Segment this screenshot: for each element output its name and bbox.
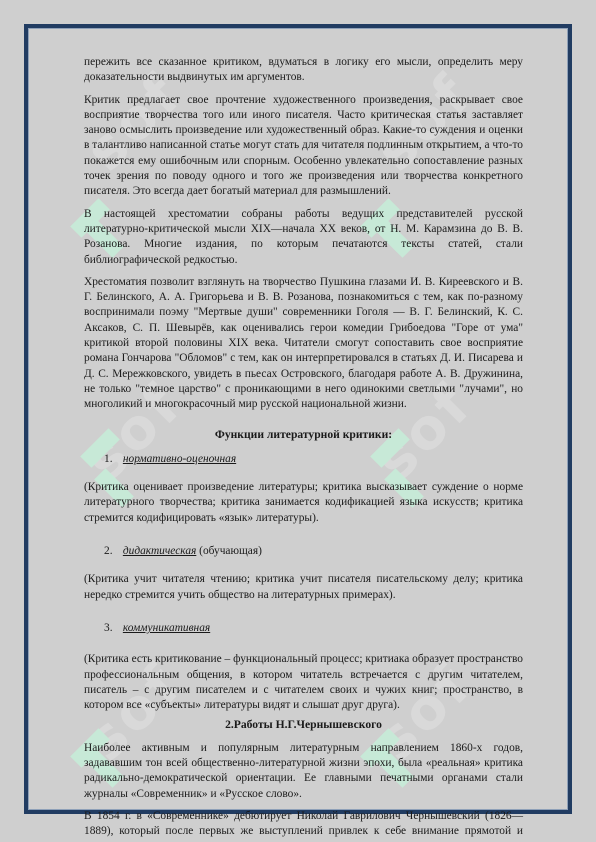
paragraph: Хрестоматия позволит взглянуть на творче…	[84, 275, 523, 413]
paragraph: В настоящей хрестоматии собраны работы в…	[84, 207, 523, 268]
list-number: 2.	[104, 544, 120, 559]
functions-heading: Функции литературной критики:	[84, 427, 523, 442]
list-term: нормативно-оценочная	[123, 453, 236, 465]
list-item: 3. коммуникативная	[104, 621, 523, 636]
list-item: 1. нормативно-оценочная	[104, 452, 523, 467]
list-term: дидактическая	[123, 545, 196, 557]
list-term-suffix: (обучающая)	[196, 545, 262, 557]
paragraph: (Критика оценивает произведение литерату…	[84, 480, 523, 526]
paragraph: (Критика учит читателя чтению; критика у…	[84, 572, 523, 603]
document-body: пережить все сказанное критиком, вдумать…	[84, 55, 523, 842]
section-heading: 2.Работы Н.Г.Чернышевского	[84, 717, 523, 732]
list-number: 1.	[104, 452, 120, 467]
paragraph: Критик предлагает свое прочтение художес…	[84, 93, 523, 200]
paragraph: пережить все сказанное критиком, вдумать…	[84, 55, 523, 86]
list-term: коммуникативная	[123, 622, 210, 634]
paragraph: (Критика есть критикование – функциональ…	[84, 652, 523, 713]
list-item: 2. дидактическая (обучающая)	[104, 544, 523, 559]
paragraph: Наиболее активным и популярным литератур…	[84, 741, 523, 802]
paragraph: В 1854 г. в «Современнике» дебютирует Ни…	[84, 809, 523, 840]
list-number: 3.	[104, 621, 120, 636]
